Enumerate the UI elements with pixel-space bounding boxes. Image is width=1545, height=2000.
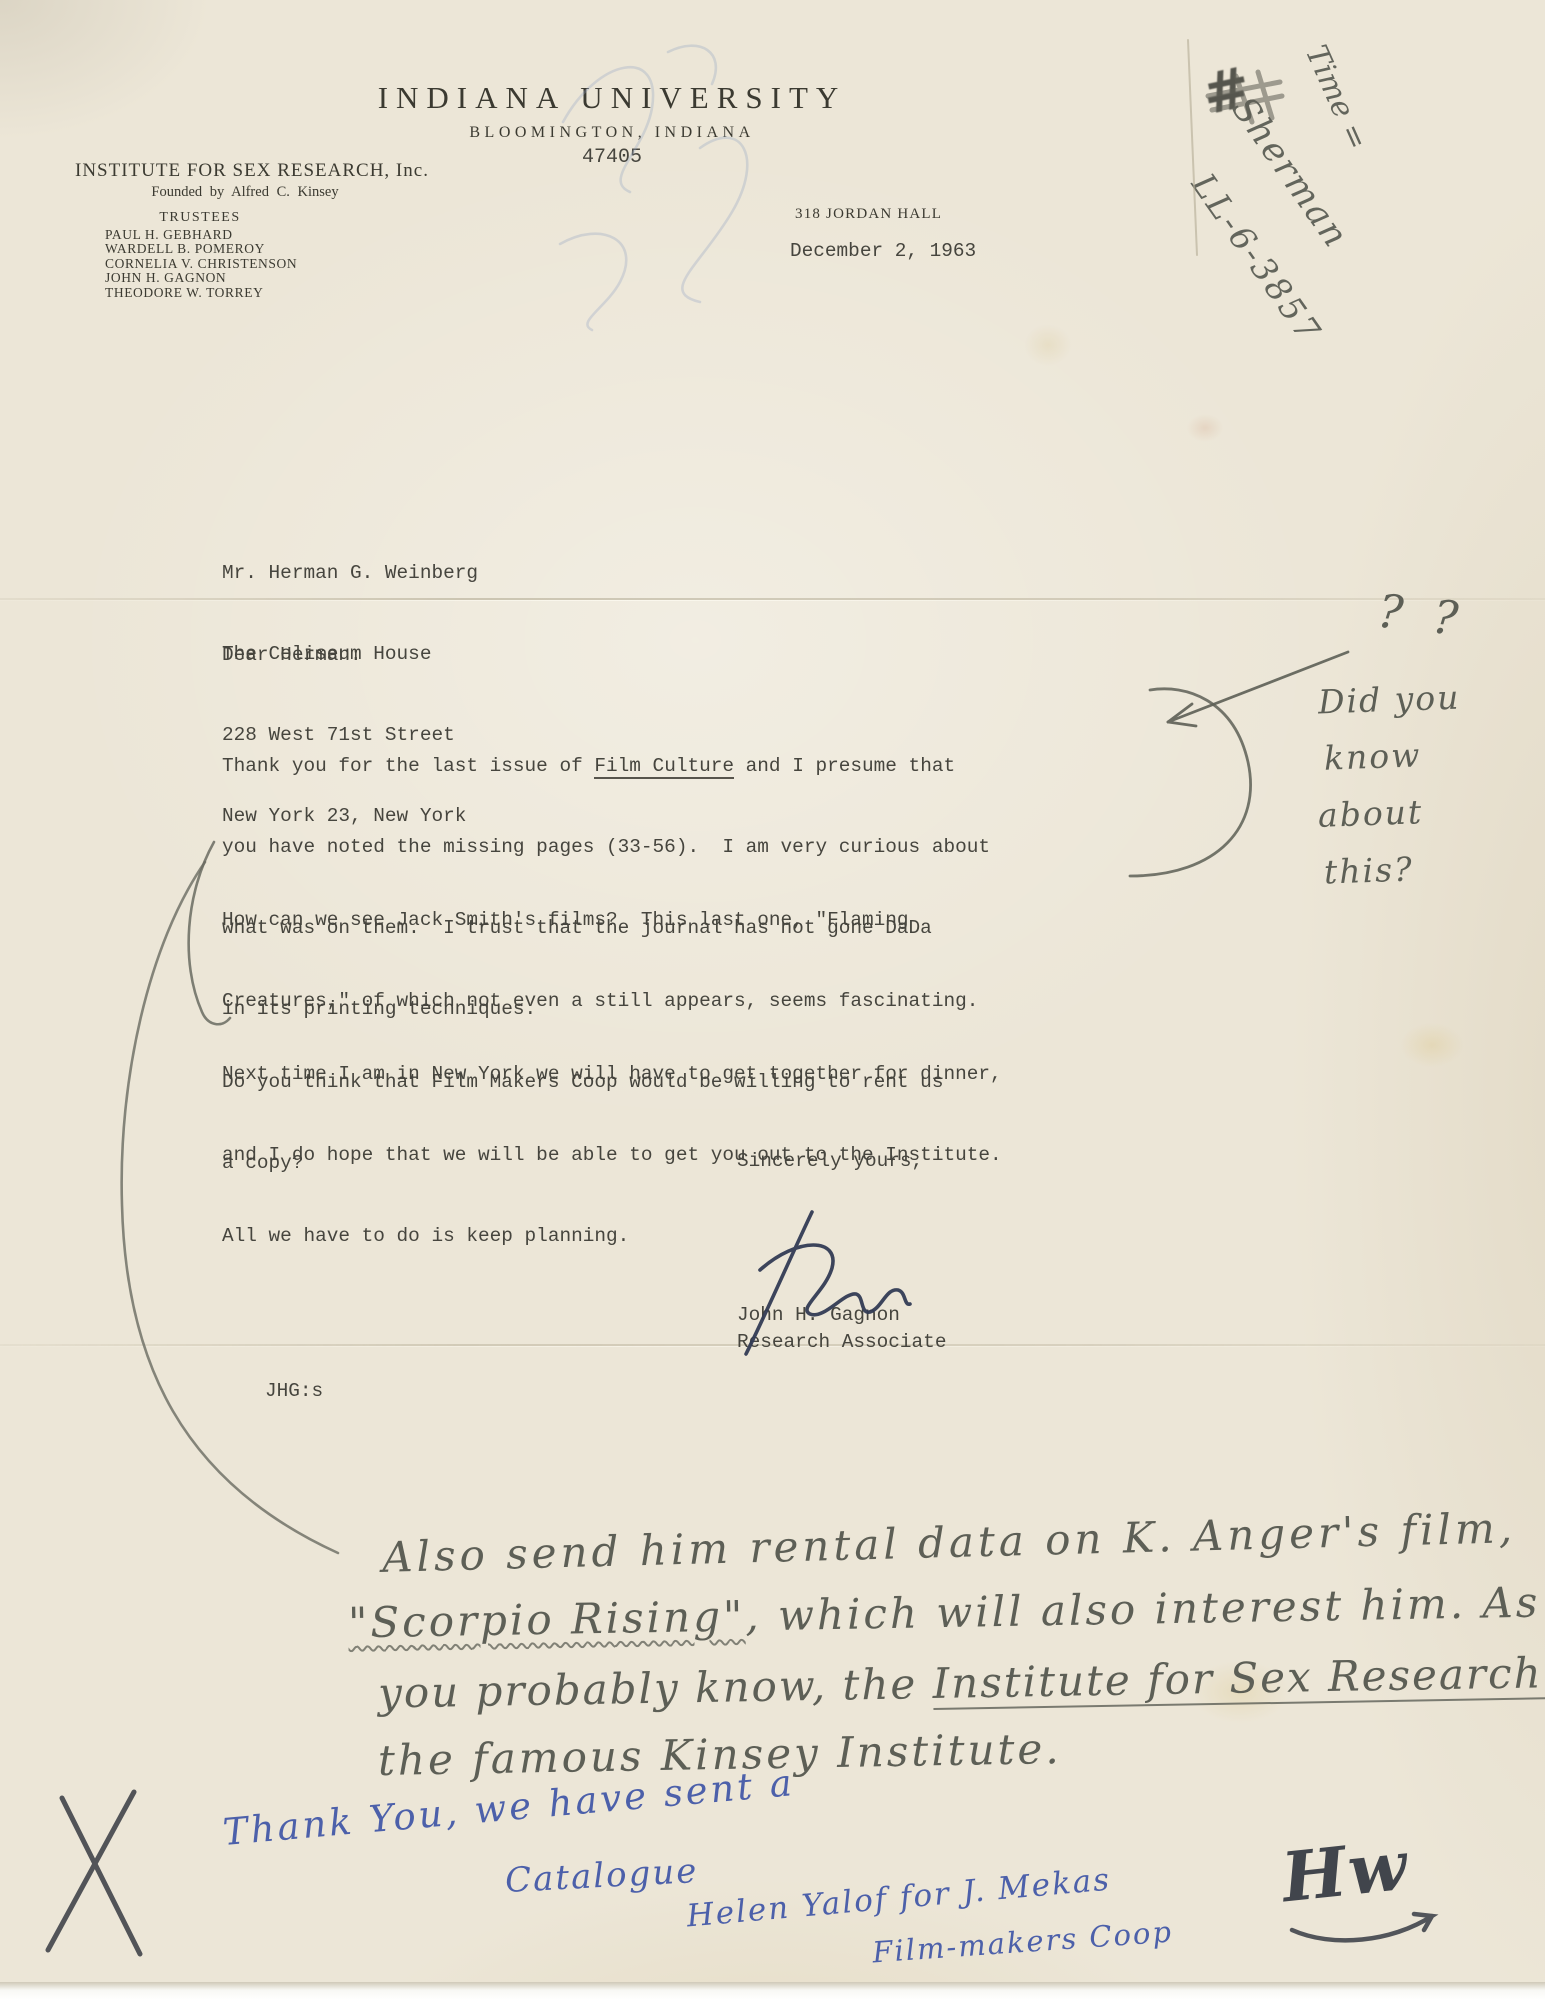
monogram-flourish [1292,1914,1432,1940]
bottom-note-text: you probably know, the [378,1659,933,1718]
signer-title: Research Associate [737,1329,946,1356]
blue-signature-org: Film-makers Coop [871,1915,1174,1970]
x-mark [48,1792,140,1954]
weinberg-monogram: Hw [1278,1826,1412,1919]
letterhead-university: INDIANA UNIVERSITY [212,80,1012,116]
pencil-note-time: Time = [1298,40,1375,155]
typist-reference: JHG:s [265,1378,323,1405]
scanned-letter-page: INDIANA UNIVERSITY BLOOMINGTON, INDIANA … [0,0,1545,2000]
trustee-name: JOHN H. GAGNON [105,271,297,285]
bottom-note-line3: you probably know, the Institute for Sex… [378,1647,1545,1717]
margin-note-line: Did you [1317,678,1461,722]
margin-note-line: about [1317,792,1423,835]
trustee-name: THEODORE W. TORREY [105,286,297,300]
film-culture-underlined: Film Culture [594,755,734,779]
p3-text: All we have to do is keep planning. [222,1223,1002,1250]
scorpio-rising-underlined: "Scorpio Rising" [348,1591,746,1647]
signer-name: John H. Gagnon [737,1302,900,1329]
hall-address: 318 JORDAN HALL [795,206,942,223]
bottom-note-line2: "Scorpio Rising", which will also intere… [348,1578,1541,1648]
trustees-list: PAUL H. GEBHARD WARDELL B. POMEROY CORNE… [105,228,297,300]
p3-text: Next time I am in New York we will have … [222,1061,1002,1088]
margin-note-line: know [1323,735,1422,777]
trustee-name: CORNELIA V. CHRISTENSON [105,257,297,271]
institute-name: INSTITUTE FOR SEX RESEARCH, Inc. [75,160,429,182]
trustee-name: PAUL H. GEBHARD [105,228,297,242]
margin-brace-curve [1130,689,1251,876]
trustee-name: WARDELL B. POMEROY [105,242,297,256]
crease-scratch [1188,40,1197,255]
p2-text: How can we see Jack Smith's films? This … [222,907,978,934]
institute-underlined: Institute for Sex Research is [932,1647,1545,1710]
blue-note-line2: Catalogue [504,1851,699,1901]
recipient-line: Mr. Herman G. Weinberg [222,560,478,587]
bottom-note-text: , which will also interest him. As [745,1578,1541,1641]
p1-text: Thank you for the last issue of [222,755,594,777]
margin-question-marks: ? ? [1375,584,1468,647]
bottom-note-line1: Also send him rental data on K. Anger's … [382,1503,1517,1582]
p1-text: and I presume that [734,755,955,777]
institute-founded: Founded by Alfred C. Kinsey [75,184,415,201]
trustees-label: TRUSTEES [75,210,325,226]
margin-note-line: this? [1323,849,1414,891]
letter-date: December 2, 1963 [790,238,976,265]
scan-bottom-edge [0,1982,1545,2000]
closing: Sincerely yours, [737,1148,923,1175]
salutation: Dear Herman: [222,642,362,669]
letterhead-city: BLOOMINGTON, INDIANA [212,124,1012,142]
